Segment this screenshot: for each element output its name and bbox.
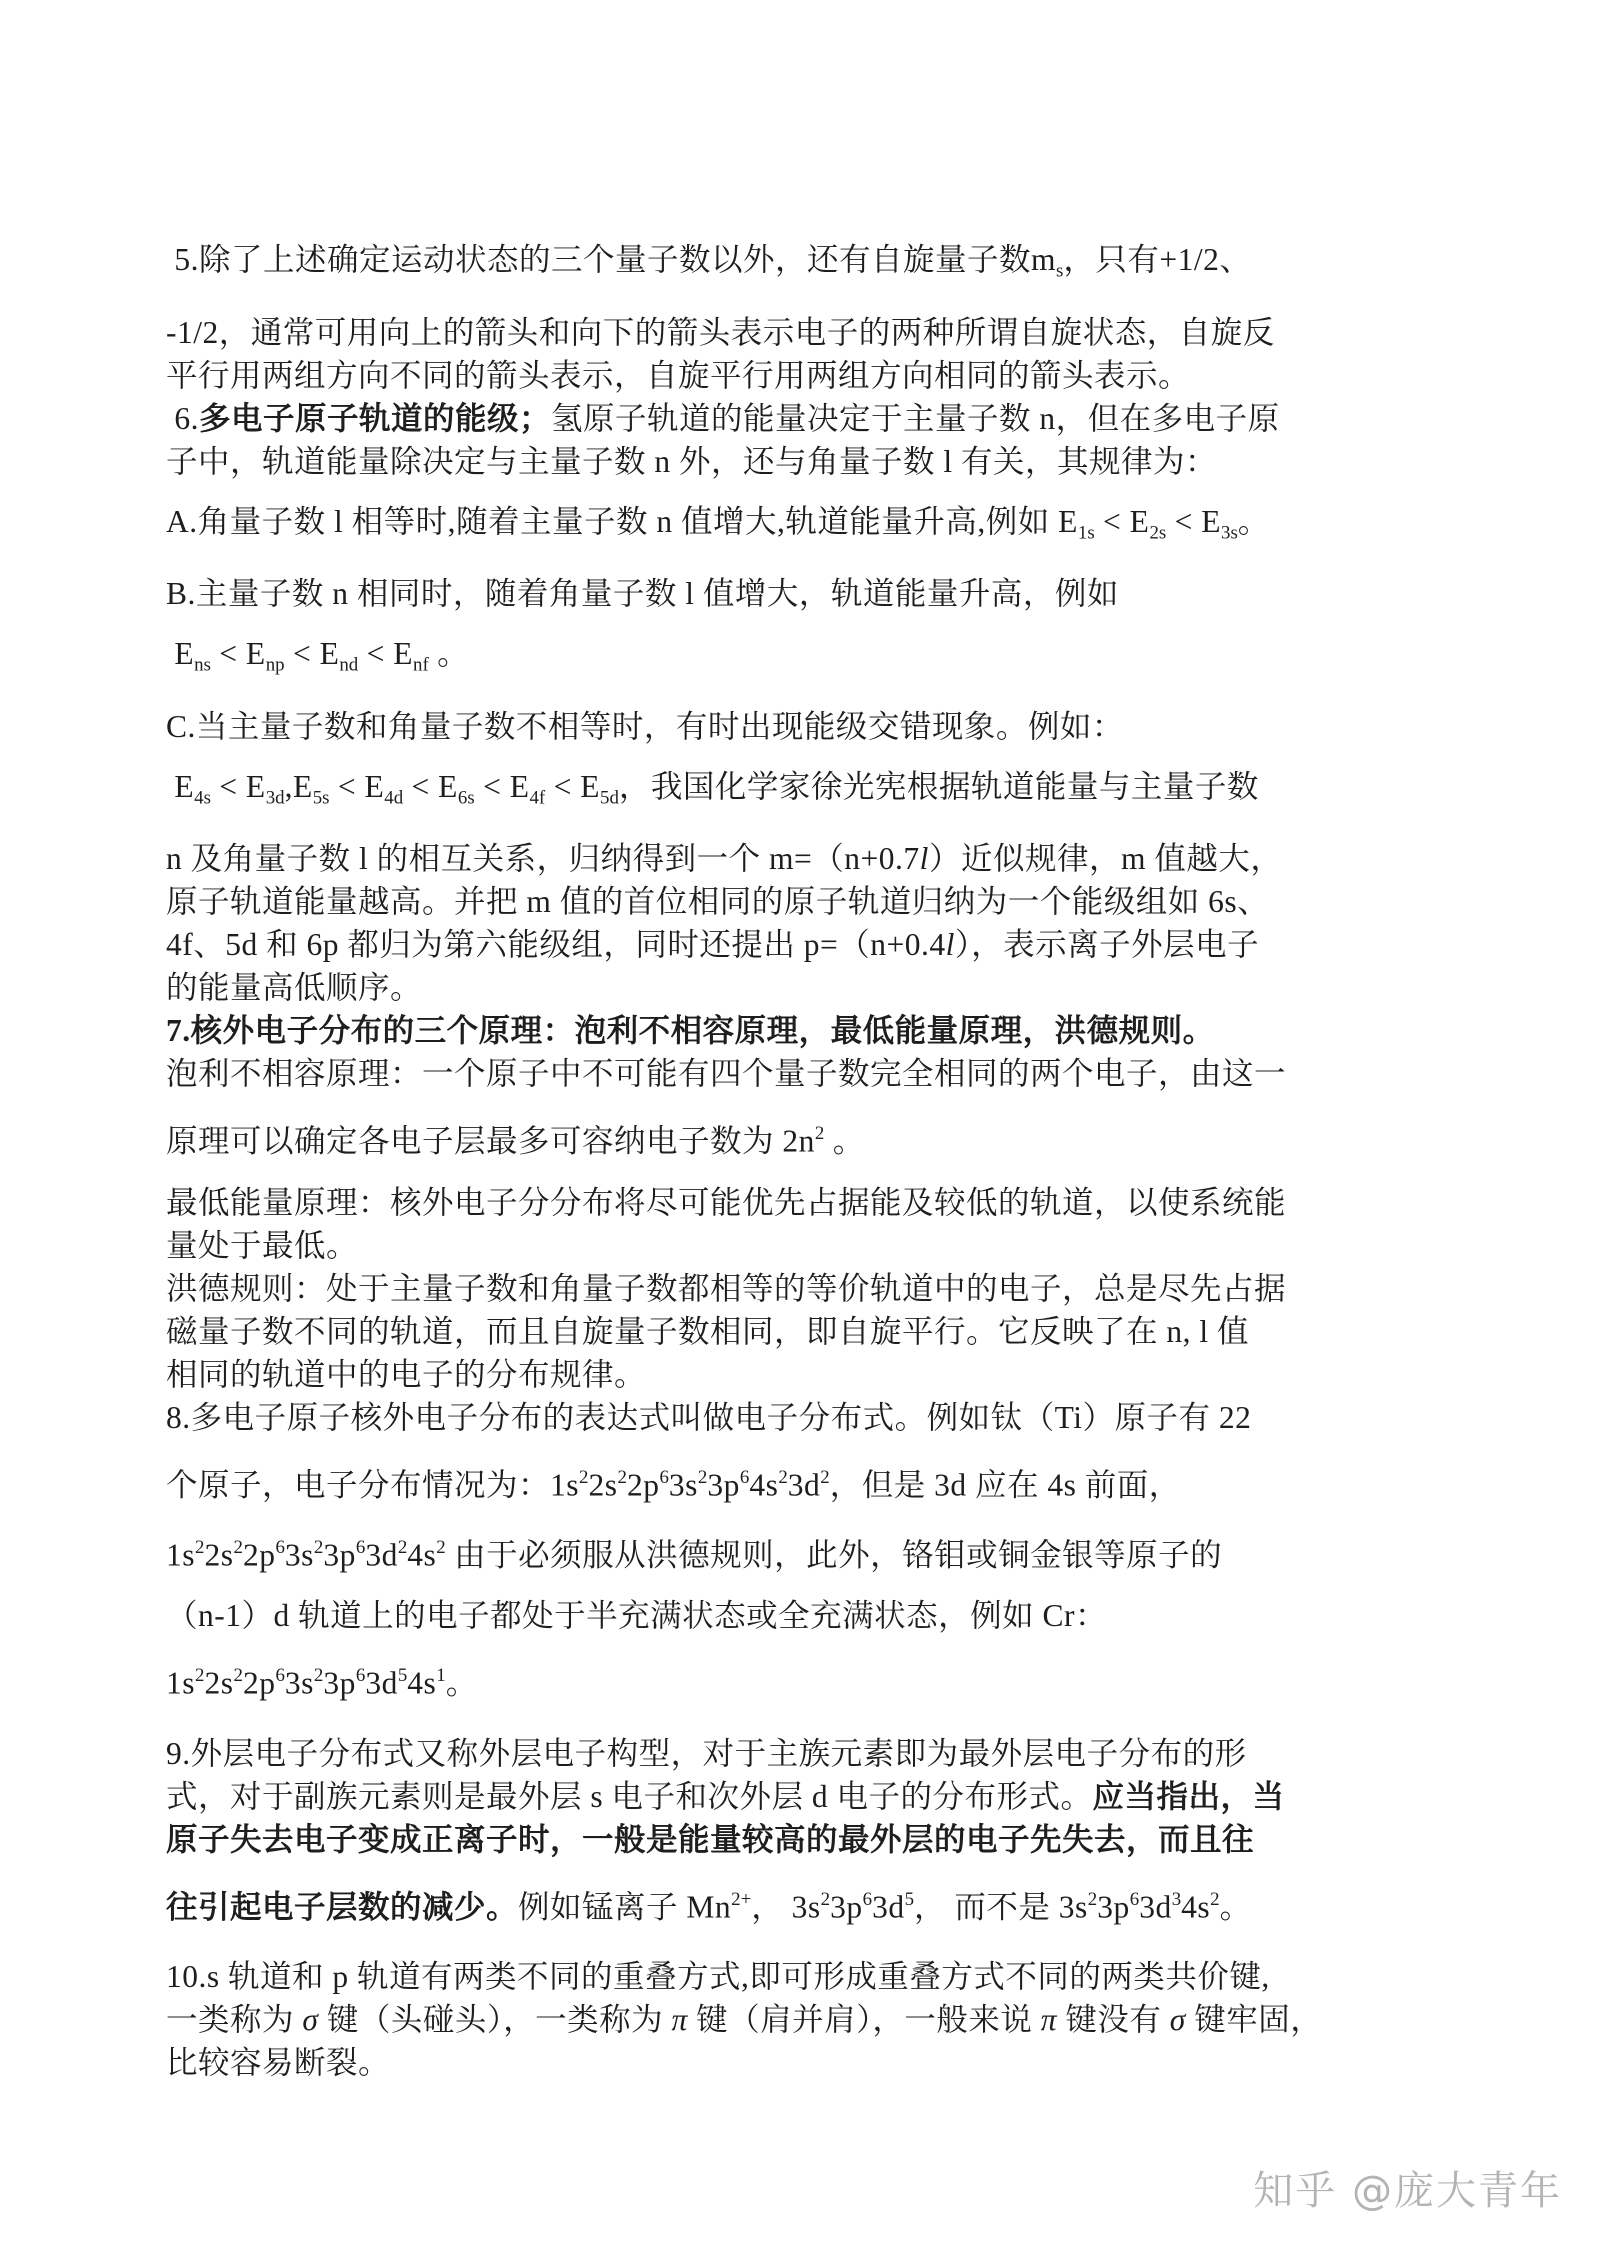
text-run: 4f <box>529 787 545 808</box>
text-run: 6 <box>863 1889 872 1910</box>
pauli-line-2: 原理可以确定各电子层最多可容纳电子数为 2n2 。 <box>166 1110 1444 1165</box>
text-run: 6 <box>356 1537 365 1558</box>
hund-line-3: 相同的轨道中的电子的分布规律。 <box>166 1353 1444 1396</box>
text-run: 3s <box>1221 522 1238 543</box>
text-run: 3p <box>323 1537 356 1572</box>
text-run: ，只有+1/2、 <box>1063 242 1251 277</box>
text-run: 2 <box>233 1537 242 1558</box>
text-run: 2 <box>314 1665 323 1686</box>
text-run: 4s <box>407 1666 436 1701</box>
hund-line-2: 磁量子数不同的轨道，而且自旋量子数相同，即自旋平行。它反映了在 n, l 值 <box>166 1310 1444 1353</box>
text-run: ，但是 3d 应在 4s 前面， <box>830 1467 1181 1502</box>
text-run: 6 <box>275 1537 284 1558</box>
rule-C-formula: E4s < E3d,E5s < E4d < E6s < E4f < E5d，我国… <box>166 763 1444 823</box>
text-run: l <box>946 927 955 962</box>
text-run: 键（肩并肩），一般来说 <box>688 2002 1041 2037</box>
text-run: 原子失去电子变成正离子时，一般是能量较高的最外层的电子先失去，而且往 <box>166 1822 1254 1857</box>
text-run: 一类称为 <box>166 2002 302 2037</box>
text-run: 2 <box>815 1123 824 1144</box>
text-run: 个原子，电子分布情况为：1s <box>166 1467 579 1502</box>
text-run: 2p <box>243 1537 276 1572</box>
text-run: 5.除了上述确定运动状态的三个量子数以外，还有自旋量子数m <box>166 242 1056 277</box>
text-run: 平行用两组方向不同的箭头表示，自旋平行用两组方向相同的箭头表示。 <box>166 358 1190 393</box>
text-run: 9.外层电子分布式又称外层电子构型，对于主族元素即为最外层电子分布的形 <box>166 1736 1247 1771</box>
text-run: < E <box>545 769 600 804</box>
document-page: 5.除了上述确定运动状态的三个量子数以外，还有自旋量子数ms，只有+1/2、-1… <box>0 0 1600 2262</box>
text-run: 3p <box>830 1889 863 1924</box>
text-run: 。 <box>824 1124 864 1159</box>
text-run: 5 <box>398 1665 407 1686</box>
text-run: 7.核外电子分布的三个原理：泡利不相容原理，最低能量原理，洪德规则。 <box>166 1013 1215 1048</box>
text-run: 比较容易断裂。 <box>166 2045 390 2080</box>
text-run: < E <box>330 769 385 804</box>
text-run: 6 <box>740 1467 749 1488</box>
rule-B-formula: Ens < Enp < End < Enf 。 <box>166 630 1444 690</box>
text-run: 往引起电子层数的减少。 <box>166 1889 518 1924</box>
text-run: 6 <box>1130 1889 1139 1910</box>
text-run: 6 <box>275 1665 284 1686</box>
text-run: ， 而不是 3s <box>914 1889 1088 1924</box>
text-run: 2 <box>617 1467 626 1488</box>
text-run: 3s <box>285 1537 314 1572</box>
text-run: 8.多电子原子核外电子分布的表达式叫做电子分布式。例如钛（Ti）原子有 22 <box>166 1400 1251 1435</box>
text-run: nf <box>413 655 429 676</box>
text-run: 1s <box>166 1537 195 1572</box>
rule-B: B.主量子数 n 相同时，随着角量子数 l 值增大，轨道能量升高，例如 <box>166 572 1444 615</box>
text-run: 1s <box>166 1666 195 1701</box>
text-run: 2 <box>821 1889 830 1910</box>
item-9-line-3: 原子失去电子变成正离子时，一般是能量较高的最外层的电子先失去，而且往 <box>166 1818 1444 1861</box>
text-run: 多电子原子轨道的能级； <box>199 401 551 436</box>
text-run: 原子轨道能量越高。并把 m 值的首位相同的原子轨道归纳为一个能级组如 6s、 <box>166 884 1269 919</box>
text-run: A.角量子数 l 相等时,随着主量子数 n 值增大,轨道能量升高,例如 E <box>166 504 1078 539</box>
xu-rule-line-3: 4f、5d 和 6p 都归为第六能级组，同时还提出 p=（n+0.4l），表示离… <box>166 923 1444 966</box>
text-run: 2p <box>627 1467 660 1502</box>
text-run: σ <box>1170 2002 1186 2037</box>
text-run: 5s <box>313 787 330 808</box>
text-run: 例如锰离子 Mn <box>518 1889 731 1924</box>
item-8-line-2: 个原子，电子分布情况为：1s22s22p63s23p64s23d2，但是 3d … <box>166 1454 1444 1509</box>
text-run: 4s <box>749 1467 778 1502</box>
text-run: 3d <box>266 787 285 808</box>
text-run: 氢原子轨道的能量决定于主量子数 n，但在多电子原 <box>551 401 1280 436</box>
item-8-line-3: 1s22s22p63s23p63d24s2 由于必须服从洪德规则，此外，铬钼或铜… <box>166 1524 1444 1579</box>
rule-C: C.当主量子数和角量子数不相等时，有时出现能级交错现象。例如： <box>166 705 1444 748</box>
text-run: 3 <box>1172 1889 1181 1910</box>
text-run: 量处于最低。 <box>166 1228 358 1263</box>
text-run: π <box>1041 2002 1057 2037</box>
text-run: 3d <box>872 1889 905 1924</box>
text-run: 2 <box>1088 1889 1097 1910</box>
item-5-line-1: 5.除了上述确定运动状态的三个量子数以外，还有自旋量子数ms，只有+1/2、 <box>166 236 1444 296</box>
text-run: ,E <box>285 769 313 804</box>
text-run: 2 <box>233 1665 242 1686</box>
item-10-line-3: 比较容易断裂。 <box>166 2041 1444 2084</box>
text-run: ），表示离子外层电子 <box>955 927 1259 962</box>
min-energy-line-2: 量处于最低。 <box>166 1224 1444 1267</box>
text-run: 键牢固， <box>1186 2002 1322 2037</box>
text-run: 3p <box>707 1467 740 1502</box>
text-run: 4s <box>407 1537 436 1572</box>
text-run: 10.s 轨道和 p 轨道有两类不同的重叠方式,即可形成重叠方式不同的两类共价键… <box>166 1959 1270 1994</box>
item-9-line-1: 9.外层电子分布式又称外层电子构型，对于主族元素即为最外层电子分布的形 <box>166 1732 1444 1775</box>
item-8-line-5: 1s22s22p63s23p63d54s1。 <box>166 1652 1444 1707</box>
text-run: 磁量子数不同的轨道，而且自旋量子数相同，即自旋平行。它反映了在 n, l 值 <box>166 1314 1249 1349</box>
text-run: 2p <box>243 1666 276 1701</box>
text-run: 3p <box>1097 1889 1130 1924</box>
text-run: 5d <box>600 787 619 808</box>
text-run: 键没有 <box>1057 2002 1170 2037</box>
text-run: E <box>166 636 194 671</box>
hund-line-1: 洪德规则：处于主量子数和角量子数都相等的等价轨道中的电子，总是尽先占据 <box>166 1267 1444 1310</box>
text-run: 3s <box>669 1467 698 1502</box>
text-run: 6. <box>166 401 199 436</box>
text-run: l <box>920 841 929 876</box>
text-run: 键（头碰头），一类称为 <box>318 2002 671 2037</box>
text-run: ， 3s <box>751 1889 820 1924</box>
xu-rule-line-4: 的能量高低顺序。 <box>166 966 1444 1009</box>
text-run: -1/2，通常可用向上的箭头和向下的箭头表示电子的两种所谓自旋状态，自旋反 <box>166 315 1275 350</box>
pauli-line-1: 泡利不相容原理：一个原子中不可能有四个量子数完全相同的两个电子，由这一 <box>166 1052 1444 1095</box>
text-run: < E <box>1166 504 1221 539</box>
rule-A: A.角量子数 l 相等时,随着主量子数 n 值增大,轨道能量升高,例如 E1s … <box>166 498 1444 558</box>
text-run: 1 <box>436 1665 445 1686</box>
text-run: （n-1）d 轨道上的电子都处于半充满状态或全充满状态，例如 Cr： <box>166 1598 1107 1633</box>
text-run: 2s <box>588 1467 617 1502</box>
text-run: 3d <box>788 1467 821 1502</box>
text-run: 5 <box>905 1889 914 1910</box>
text-run: 4s <box>194 787 211 808</box>
text-run: 6 <box>356 1665 365 1686</box>
text-run: 3p <box>323 1666 356 1701</box>
item-7-title: 7.核外电子分布的三个原理：泡利不相容原理，最低能量原理，洪德规则。 <box>166 1009 1444 1052</box>
text-run: 最低能量原理：核外电子分分布将尽可能优先占据能及较低的轨道，以使系统能 <box>166 1185 1286 1220</box>
item-6-line-2: 子中，轨道能量除决定与主量子数 n 外，还与角量子数 l 有关，其规律为： <box>166 440 1444 483</box>
item-10-line-1: 10.s 轨道和 p 轨道有两类不同的重叠方式,即可形成重叠方式不同的两类共价键… <box>166 1955 1444 1998</box>
text-run: 。 <box>429 636 469 671</box>
text-run: < E <box>211 636 266 671</box>
text-run: 3d <box>1139 1889 1172 1924</box>
text-run: < E <box>211 769 266 804</box>
text-run: 2 <box>1210 1889 1219 1910</box>
text-run: ，我国化学家徐光宪根据轨道能量与主量子数 <box>619 769 1259 804</box>
text-run: 2 <box>314 1537 323 1558</box>
text-run: 2 <box>778 1467 787 1488</box>
text-run: 2 <box>820 1467 829 1488</box>
text-run: 应当指出，当 <box>1093 1779 1285 1814</box>
text-run: 4s <box>1181 1889 1210 1924</box>
text-run: 2s <box>204 1537 233 1572</box>
text-run: 2+ <box>731 1889 751 1910</box>
min-energy-line-1: 最低能量原理：核外电子分分布将尽可能优先占据能及较低的轨道，以使系统能 <box>166 1181 1444 1224</box>
item-5-line-3: 平行用两组方向不同的箭头表示，自旋平行用两组方向相同的箭头表示。 <box>166 354 1444 397</box>
text-run: 2s <box>204 1666 233 1701</box>
text-run: B.主量子数 n 相同时，随着角量子数 l 值增大，轨道能量升高，例如 <box>166 576 1119 611</box>
text-run: C.当主量子数和角量子数不相等时，有时出现能级交错现象。例如： <box>166 709 1124 744</box>
text-run: 。 <box>1220 1889 1252 1924</box>
text-run: < E <box>358 636 413 671</box>
xu-rule-line-1: n 及角量子数 l 的相互关系，归纳得到一个 m=（n+0.7l）近似规律，m … <box>166 837 1444 880</box>
text-run: π <box>671 2002 687 2037</box>
text-run: 洪德规则：处于主量子数和角量子数都相等的等价轨道中的电子，总是尽先占据 <box>166 1271 1286 1306</box>
text-run: 3d <box>365 1537 398 1572</box>
text-run: 由于必须服从洪德规则，此外，铬钼或铜金银等原子的 <box>446 1537 1222 1572</box>
text-run: 3s <box>285 1666 314 1701</box>
text-run: 2 <box>698 1467 707 1488</box>
text-run: 。 <box>1238 504 1270 539</box>
text-run: 2 <box>398 1537 407 1558</box>
text-run: < E <box>285 636 340 671</box>
item-6-line-1: 6.多电子原子轨道的能级；氢原子轨道的能量决定于主量子数 n，但在多电子原 <box>166 397 1444 440</box>
text-run: 2 <box>436 1537 445 1558</box>
item-8-line-4: （n-1）d 轨道上的电子都处于半充满状态或全充满状态，例如 Cr： <box>166 1594 1444 1637</box>
text-run: < E <box>1095 504 1150 539</box>
text-run: < E <box>403 769 458 804</box>
text-run: 式，对于副族元素则是最外层 s 电子和次外层 d 电子的分布形式。 <box>166 1779 1093 1814</box>
text-run: 。 <box>446 1666 478 1701</box>
text-run: 相同的轨道中的电子的分布规律。 <box>166 1357 646 1392</box>
xu-rule-line-2: 原子轨道能量越高。并把 m 值的首位相同的原子轨道归纳为一个能级组如 6s、 <box>166 880 1444 923</box>
item-9-line-2: 式，对于副族元素则是最外层 s 电子和次外层 d 电子的分布形式。应当指出，当 <box>166 1775 1444 1818</box>
text-run: 1s <box>1078 522 1095 543</box>
text-run: 3d <box>365 1666 398 1701</box>
text-run: 6s <box>458 787 475 808</box>
text-run: 泡利不相容原理：一个原子中不可能有四个量子数完全相同的两个电子，由这一 <box>166 1056 1286 1091</box>
item-5-line-2: -1/2，通常可用向上的箭头和向下的箭头表示电子的两种所谓自旋状态，自旋反 <box>166 311 1444 354</box>
document-body: 5.除了上述确定运动状态的三个量子数以外，还有自旋量子数ms，只有+1/2、-1… <box>166 236 1444 2084</box>
text-run: ns <box>194 655 211 676</box>
text-run: σ <box>302 2002 318 2037</box>
text-run: 的能量高低顺序。 <box>166 970 422 1005</box>
text-run: n 及角量子数 l 的相互关系，归纳得到一个 m=（n+0.7 <box>166 841 920 876</box>
text-run: E <box>166 769 194 804</box>
text-run: 6 <box>659 1467 668 1488</box>
item-10-line-2: 一类称为 σ 键（头碰头），一类称为 π 键（肩并肩），一般来说 π 键没有 σ… <box>166 1998 1444 2041</box>
text-run: np <box>266 655 285 676</box>
text-run: 子中，轨道能量除决定与主量子数 n 外，还与角量子数 l 有关，其规律为： <box>166 444 1217 479</box>
text-run: 原理可以确定各电子层最多可容纳电子数为 2n <box>166 1124 815 1159</box>
item-8-line-1: 8.多电子原子核外电子分布的表达式叫做电子分布式。例如钛（Ti）原子有 22 <box>166 1396 1444 1439</box>
watermark: 知乎 @庞大青年 <box>1253 2159 1562 2216</box>
text-run: ）近似规律，m 值越大， <box>929 841 1282 876</box>
text-run: 2s <box>1149 522 1166 543</box>
text-run: nd <box>339 655 358 676</box>
text-run: 4f、5d 和 6p 都归为第六能级组，同时还提出 p=（n+0.4 <box>166 927 946 962</box>
text-run: 4d <box>384 787 403 808</box>
text-run: < E <box>475 769 530 804</box>
item-9-line-4: 往引起电子层数的减少。例如锰离子 Mn2+， 3s23p63d5， 而不是 3s… <box>166 1876 1444 1931</box>
